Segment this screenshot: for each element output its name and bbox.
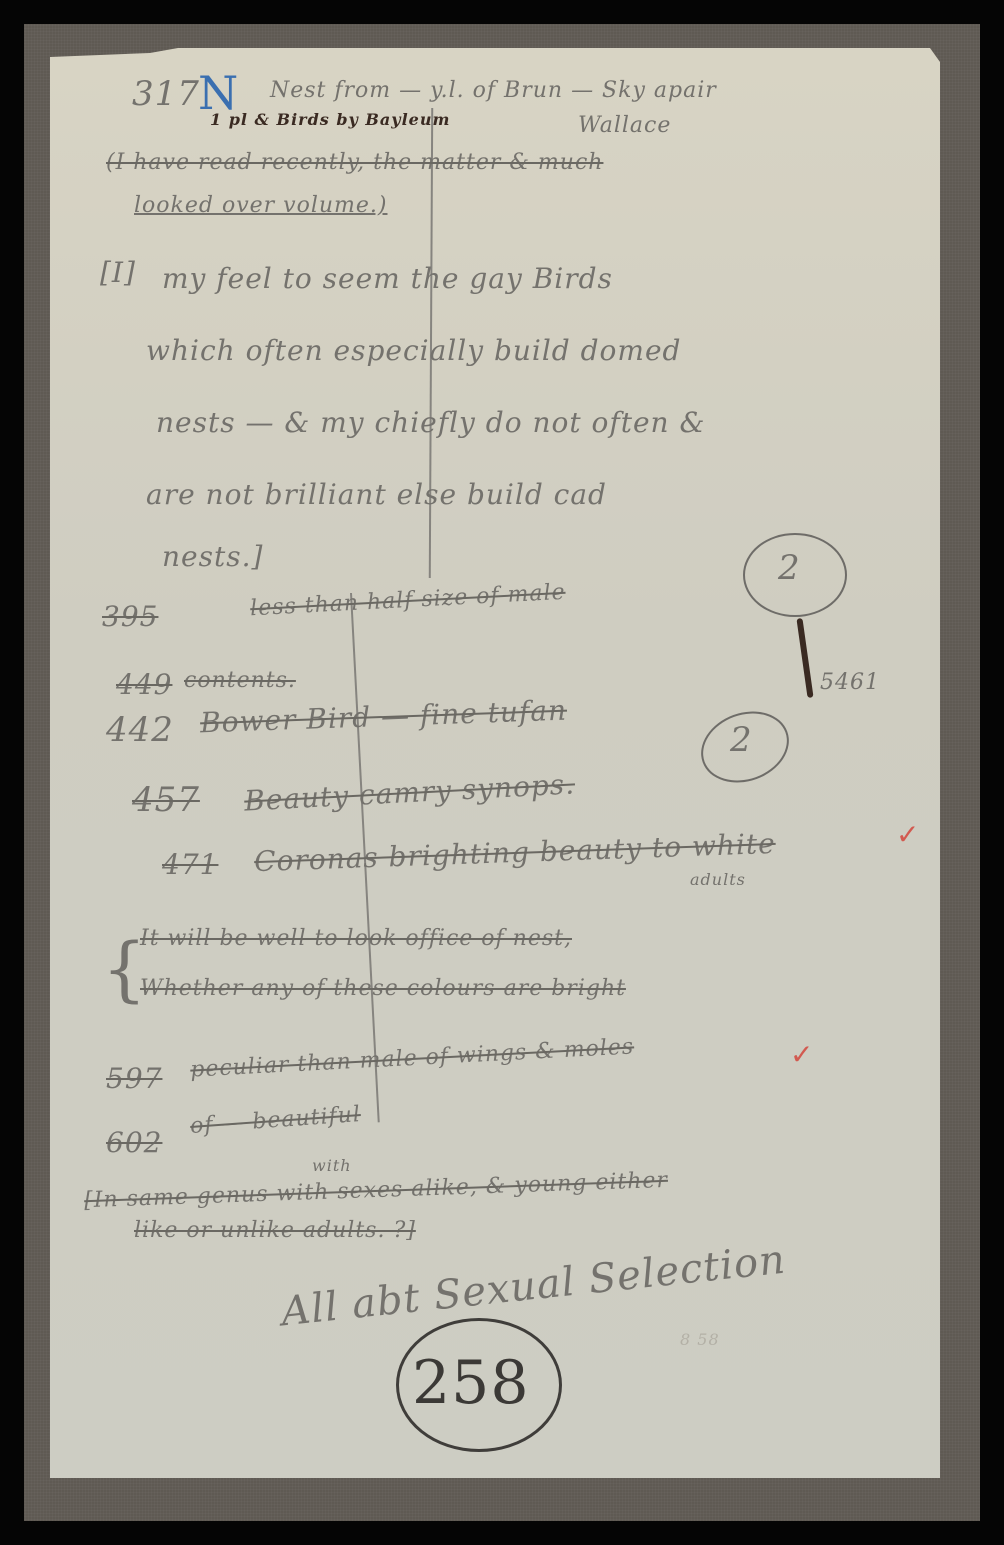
circled-page-number: 258 — [412, 1348, 530, 1418]
entry-442-text: Bower Bird — fine tufan — [200, 694, 568, 740]
faint-mark: 8 58 — [680, 1330, 720, 1349]
entry-597-number: 597 — [106, 1062, 162, 1095]
bracket-note-line-2: like or unlike adults. ?] — [134, 1218, 416, 1243]
manuscript-page: 317 N Nest from — y.l. of Brun — Sky apa… — [50, 48, 940, 1478]
paragraph-marker: [I] — [100, 256, 136, 289]
circled-mark-457-value: 2 — [730, 720, 753, 760]
circled-mark-395-value: 2 — [778, 548, 801, 588]
paragraph-line-4: are not brilliant else build cad — [146, 478, 607, 511]
ink-blot-mark — [796, 618, 813, 698]
entry-395-text: less than half size of male — [250, 580, 567, 621]
entry-602-number: 602 — [106, 1126, 162, 1159]
header-line-1: Nest from — y.l. of Brun — Sky apair — [270, 78, 717, 103]
folio-number: 317 — [132, 74, 200, 114]
entry-449-number: 449 — [116, 668, 172, 701]
paragraph-line-1: my feel to seem the gay Birds — [162, 262, 613, 295]
ink-insertion: 1 pl & Birds by Bayleum — [210, 110, 450, 129]
entry-457-text: Beauty camry synops. — [243, 767, 575, 817]
entry-395-number: 395 — [102, 600, 158, 633]
footer-note: All abt Sexual Selection — [279, 1237, 788, 1336]
paragraph-line-5: nests.] — [162, 540, 263, 573]
entry-602-text: of — beautiful — [189, 1102, 361, 1139]
brace-note-line-2: Whether any of these colours are bright — [140, 976, 626, 1001]
red-check-mark-471: ✓ — [896, 818, 920, 851]
header-wallace: Wallace — [578, 113, 671, 138]
bracket-note-line-1: [In same genus with sexes alike, & young… — [84, 1168, 669, 1213]
bracket-note-insertion: with — [312, 1156, 352, 1175]
struck-note-line-2: looked over volume.) — [134, 193, 388, 218]
paragraph-line-3: nests — & my chiefly do not often & — [156, 406, 705, 439]
struck-note-line-1: (I have read recently, the matter & much — [106, 150, 603, 175]
entry-442-right-note: 5461 — [820, 670, 880, 695]
red-check-mark-597: ✓ — [790, 1038, 814, 1071]
brace-note-line-1: It will be well to look office of nest, — [140, 926, 572, 951]
paragraph-line-2: which often especially build domed — [146, 334, 681, 367]
entry-471-number: 471 — [162, 848, 218, 881]
entry-449-text: contents. — [184, 668, 296, 693]
entry-597-text: peculiar than male of wings & moles — [190, 1034, 635, 1082]
entry-471-sub: adults — [690, 870, 746, 889]
entry-442-number: 442 — [106, 710, 174, 750]
entry-457-number: 457 — [132, 780, 200, 820]
